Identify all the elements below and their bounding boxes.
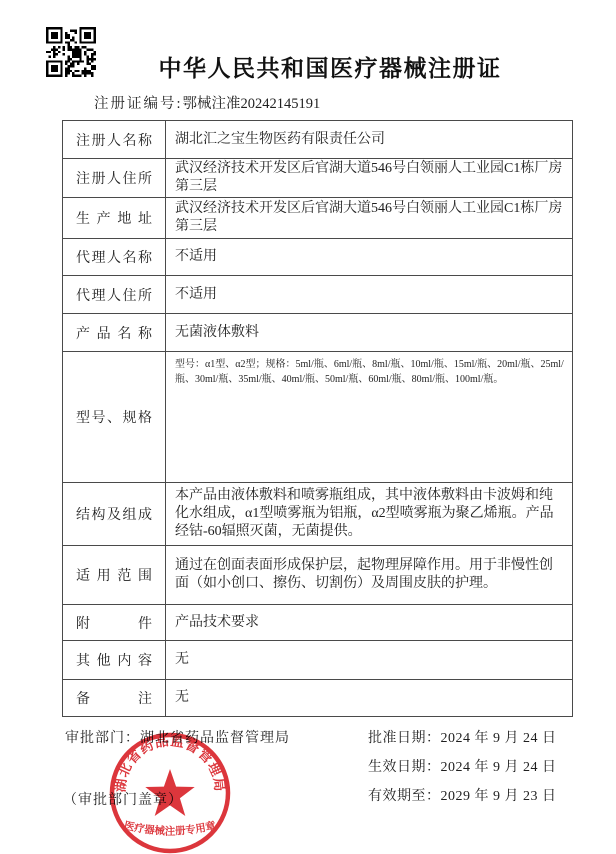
registration-number-label: 注册证编号: (94, 96, 183, 112)
row-label-cell: 适用范围 (63, 546, 166, 604)
row-value: 产品技术要求 (166, 605, 572, 640)
approval-date-value: 2024 年 9 月 24 日 (441, 731, 557, 746)
row-value: 湖北汇之宝生物医药有限责任公司 (166, 121, 572, 158)
row-value: 无 (166, 641, 572, 679)
date-block: 批准日期：2024 年 9 月 24 日 生效日期：2024 年 9 月 24 … (368, 724, 557, 811)
row-label: 代理人住所 (76, 285, 152, 305)
row-label: 适用范围 (76, 565, 152, 585)
certificate-page: 中华人民共和国医疗器械注册证 注册证编号:鄂械注准20242145191 注册人… (0, 0, 616, 854)
table-row-agent-name: 代理人名称 不适用 (63, 239, 572, 276)
registration-number: 注册证编号:鄂械注准20242145191 (94, 92, 320, 113)
approval-date-label: 批准日期： (368, 731, 441, 746)
row-label-cell: 备注 (63, 680, 166, 716)
page-title: 中华人民共和国医疗器械注册证 (135, 50, 525, 83)
row-label: 其他内容 (76, 650, 152, 670)
table-row-agent-address: 代理人住所 不适用 (63, 276, 572, 314)
row-label: 附件 (76, 613, 152, 633)
expiry-date-value: 2029 年 9 月 23 日 (441, 789, 557, 804)
row-label: 型号、规格 (76, 407, 152, 427)
row-value: 武汉经济技术开发区后官湖大道546号白领丽人工业园C1栋厂房第三层 (166, 159, 572, 197)
certificate-table: 注册人名称 湖北汇之宝生物医药有限责任公司 注册人住所 武汉经济技术开发区后官湖… (62, 120, 573, 717)
row-value: 武汉经济技术开发区后官湖大道546号白领丽人工业园C1栋厂房第三层 (166, 198, 572, 238)
row-value: 本产品由液体敷料和喷雾瓶组成，其中液体敷料由卡波姆和纯化水组成，α1型喷雾瓶为铝… (166, 483, 572, 545)
row-label: 产品名称 (76, 323, 152, 343)
row-label: 注册人住所 (76, 168, 152, 188)
row-label-cell: 注册人住所 (63, 159, 166, 197)
row-label: 结构及组成 (76, 504, 152, 524)
row-label: 备注 (76, 688, 152, 708)
effective-date: 生效日期：2024 年 9 月 24 日 (368, 753, 557, 782)
row-value: 无 (166, 680, 572, 716)
row-value: 无菌液体敷料 (166, 314, 572, 351)
seal-type-text: 医疗器械注册专用章 (123, 819, 218, 838)
effective-date-value: 2024 年 9 月 24 日 (441, 760, 557, 775)
row-label-cell: 型号、规格 (63, 352, 166, 482)
table-row-production-address: 生产地址 武汉经济技术开发区后官湖大道546号白领丽人工业园C1栋厂房第三层 (63, 198, 572, 239)
table-row-remarks: 备注 无 (63, 680, 572, 716)
row-label-cell: 代理人名称 (63, 239, 166, 275)
row-value: 通过在创面表面形成保护层，起物理屏障作用。用于非慢性创面（如小创口、擦伤、切割伤… (166, 546, 572, 604)
seal-star-icon (145, 769, 194, 816)
row-label-cell: 代理人住所 (63, 276, 166, 313)
row-label-cell: 注册人名称 (63, 121, 166, 158)
table-row-attachment: 附件 产品技术要求 (63, 605, 572, 641)
row-label-cell: 附件 (63, 605, 166, 640)
table-row-product-name: 产品名称 无菌液体敷料 (63, 314, 572, 352)
row-label: 注册人名称 (76, 130, 152, 150)
expiry-date: 有效期至：2029 年 9 月 23 日 (368, 782, 557, 811)
official-seal: 湖北省药品监督管理局 医疗器械注册专用章 (100, 729, 240, 854)
row-label: 代理人名称 (76, 247, 152, 267)
table-row-registrant-address: 注册人住所 武汉经济技术开发区后官湖大道546号白领丽人工业园C1栋厂房第三层 (63, 159, 572, 198)
qr-code (46, 27, 96, 77)
table-row-other-content: 其他内容 无 (63, 641, 572, 680)
row-value: 不适用 (166, 276, 572, 313)
approval-date: 批准日期：2024 年 9 月 24 日 (368, 724, 557, 753)
row-label-cell: 产品名称 (63, 314, 166, 351)
row-value: 不适用 (166, 239, 572, 275)
row-label: 生产地址 (76, 208, 152, 228)
qr-code-image (46, 27, 96, 77)
row-label-cell: 生产地址 (63, 198, 166, 238)
table-row-structure-composition: 结构及组成 本产品由液体敷料和喷雾瓶组成，其中液体敷料由卡波姆和纯化水组成，α1… (63, 483, 572, 546)
expiry-date-label: 有效期至： (368, 789, 441, 804)
table-row-model-spec: 型号、规格 型号：α1型、α2型；规格：5ml/瓶、6ml/瓶、8ml/瓶、10… (63, 352, 572, 483)
registration-number-value: 鄂械注准20242145191 (183, 96, 321, 112)
table-row-intended-use: 适用范围 通过在创面表面形成保护层，起物理屏障作用。用于非慢性创面（如小创口、擦… (63, 546, 572, 605)
row-label-cell: 其他内容 (63, 641, 166, 679)
row-label-cell: 结构及组成 (63, 483, 166, 545)
row-value: 型号：α1型、α2型；规格：5ml/瓶、6ml/瓶、8ml/瓶、10ml/瓶、1… (166, 352, 572, 482)
table-row-registrant-name: 注册人名称 湖北汇之宝生物医药有限责任公司 (63, 121, 572, 159)
effective-date-label: 生效日期： (368, 760, 441, 775)
